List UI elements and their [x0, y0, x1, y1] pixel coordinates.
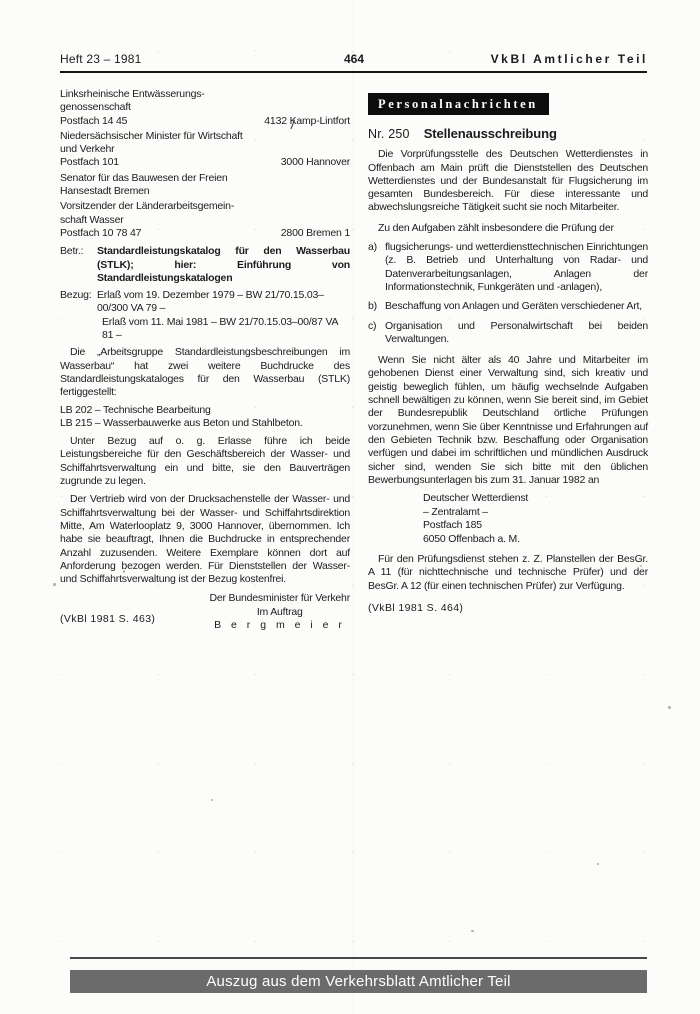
paragraph-arbeitsgruppe: Die „Arbeitsgruppe Standardleistungsbesc… [60, 346, 350, 399]
scan-speck [597, 863, 599, 865]
header-journal-title: VkBl Amtlicher Teil [448, 52, 648, 66]
paragraph-unter-bezug: Unter Bezug auf o. g. Erlasse führe ich … [60, 435, 350, 488]
address-line: Senator für das Bauwesen der Freien [60, 172, 350, 185]
signature-block: Der Bundesminister für Verkehr Im Auftra… [210, 592, 350, 632]
contact-address-line: Deutscher Wetterdienst [423, 492, 648, 506]
bezug-label: Bezug: [60, 289, 97, 342]
contact-address-block: Deutscher Wetterdienst – Zentralamt – Po… [423, 492, 648, 546]
paragraph-bewerbung: Wenn Sie nicht älter als 40 Jahre und Mi… [368, 354, 648, 487]
address-line: schaft Wasser [60, 214, 350, 227]
contact-address-line: – Zentralamt – [423, 506, 648, 520]
list-item-c: c) Organisation und Personalwirtschaft b… [368, 320, 648, 347]
address-line: Vorsitzender der Länderarbeitsgemein- [60, 200, 350, 213]
betreff-label: Betr.: [60, 245, 97, 285]
list-item-b-label: b) [368, 300, 385, 313]
scan-speck [53, 583, 56, 586]
header-page-number: 464 [260, 52, 448, 66]
header-rule [60, 71, 647, 73]
betreff-text: Standardleistungskatalog für den Wasserb… [97, 245, 350, 285]
scan-speck [640, 565, 642, 567]
contact-address-line: 6050 Offenbach a. M. [423, 533, 648, 547]
list-item-b-text: Beschaffung von Anlagen und Geräten vers… [385, 300, 648, 313]
address-line: Linksrheinische Entwässerungs- [60, 88, 350, 101]
address-postfach-row: Postfach 14 45 4132 Kamp-Lintfort [60, 115, 350, 128]
address-line: Niedersächsischer Minister für Wirtschaf… [60, 130, 350, 143]
list-item-b: b) Beschaffung von Anlagen und Geräten v… [368, 300, 648, 313]
list-item-a-text: flugsicherungs- und wetterdiensttechnisc… [385, 241, 648, 294]
betreff-block: Betr.: Standardleistungskatalog für den … [60, 245, 350, 285]
announcement-title: Stellenausschreibung [424, 127, 557, 140]
signature-minister: Der Bundesminister für Verkehr [210, 592, 350, 605]
list-item-a: a) flugsicherungs- und wetterdiensttechn… [368, 241, 648, 294]
list-item-c-text: Organisation und Personalwirtschaft bei … [385, 320, 648, 347]
address-block-2: Niedersächsischer Minister für Wirtschaf… [60, 130, 350, 170]
lb-item-215: LB 215 – Wasserbauwerke aus Beton und St… [60, 417, 350, 430]
scan-speck [471, 930, 474, 932]
address-line: Hansestadt Bremen [60, 185, 350, 198]
address-postfach-row: Postfach 101 3000 Hannover [60, 156, 350, 169]
bezug-items: Erlaß vom 19. Dezember 1979 – BW 21/70.1… [97, 289, 350, 342]
header-issue: Heft 23 – 1981 [60, 52, 260, 66]
lb-item-202: LB 202 – Technische Bearbeitung [60, 404, 350, 417]
signature-im-auftrag: Im Auftrag [210, 606, 350, 619]
page-header: Heft 23 – 1981 464 VkBl Amtlicher Teil [60, 52, 648, 66]
document-page: Heft 23 – 1981 464 VkBl Amtlicher Teil L… [0, 0, 700, 1014]
list-item-c-label: c) [368, 320, 385, 347]
bezug-erlass-1: Erlaß vom 19. Dezember 1979 – BW 21/70.1… [97, 289, 350, 316]
address-block-4: Vorsitzender der Länderarbeitsgemein- sc… [60, 200, 350, 240]
signature-row: Der Bundesminister für Verkehr Im Auftra… [60, 592, 350, 632]
left-column: Linksrheinische Entwässerungs- genossens… [60, 88, 350, 632]
list-item-a-label: a) [368, 241, 385, 294]
bezug-erlass-2: Erlaß vom 11. Mai 1981 – BW 21/70.15.03–… [102, 316, 350, 343]
address-block-3: Senator für das Bauwesen der Freien Hans… [60, 172, 350, 199]
address-postfach: Postfach 10 78 47 [60, 227, 141, 240]
contact-address-line: Postfach 185 [423, 519, 648, 533]
address-postfach: Postfach 14 45 [60, 115, 127, 128]
section-banner-personalnachrichten: Personalnachrichten [368, 93, 549, 115]
address-city: 3000 Hannover [281, 156, 350, 169]
address-block-1: Linksrheinische Entwässerungs- genossens… [60, 88, 350, 128]
bezug-block: Bezug: Erlaß vom 19. Dezember 1979 – BW … [60, 289, 350, 342]
vkbl-reference-left: (VkBl 1981 S. 463) [60, 613, 155, 626]
footer-rule [70, 957, 647, 959]
footer-banner: Auszug aus dem Verkehrsblatt Amtlicher T… [70, 970, 647, 993]
right-column: Personalnachrichten Nr. 250 Stellenaussc… [368, 88, 648, 632]
address-city: 2800 Bremen 1 [281, 227, 350, 240]
address-postfach: Postfach 101 [60, 156, 119, 169]
paragraph-vertrieb: Der Vertrieb wird von der Drucksachenste… [60, 493, 350, 586]
scan-speck [668, 706, 671, 709]
signature-name: B e r g m e i e r [210, 619, 350, 632]
vkbl-reference-right: (VkBl 1981 S. 464) [368, 602, 648, 615]
announcement-heading: Nr. 250 Stellenausschreibung [368, 127, 648, 141]
paragraph-aufgaben-intro: Zu den Aufgaben zählt insbesondere die P… [368, 222, 648, 235]
two-column-body: Linksrheinische Entwässerungs- genossens… [60, 88, 648, 632]
scan-speck [211, 799, 213, 801]
address-line: und Verkehr [60, 143, 350, 156]
paragraph-planstellen: Für den Prüfungsdienst stehen z. Z. Plan… [368, 553, 648, 593]
address-city: 4132 Kamp-Lintfort [264, 115, 350, 128]
address-line: genossenschaft [60, 101, 350, 114]
paragraph-vorpruefungsstelle: Die Vorprüfungsstelle des Deutschen Wett… [368, 148, 648, 214]
address-postfach-row: Postfach 10 78 47 2800 Bremen 1 [60, 227, 350, 240]
announcement-number: Nr. 250 [368, 128, 410, 141]
scan-speck [123, 570, 125, 573]
